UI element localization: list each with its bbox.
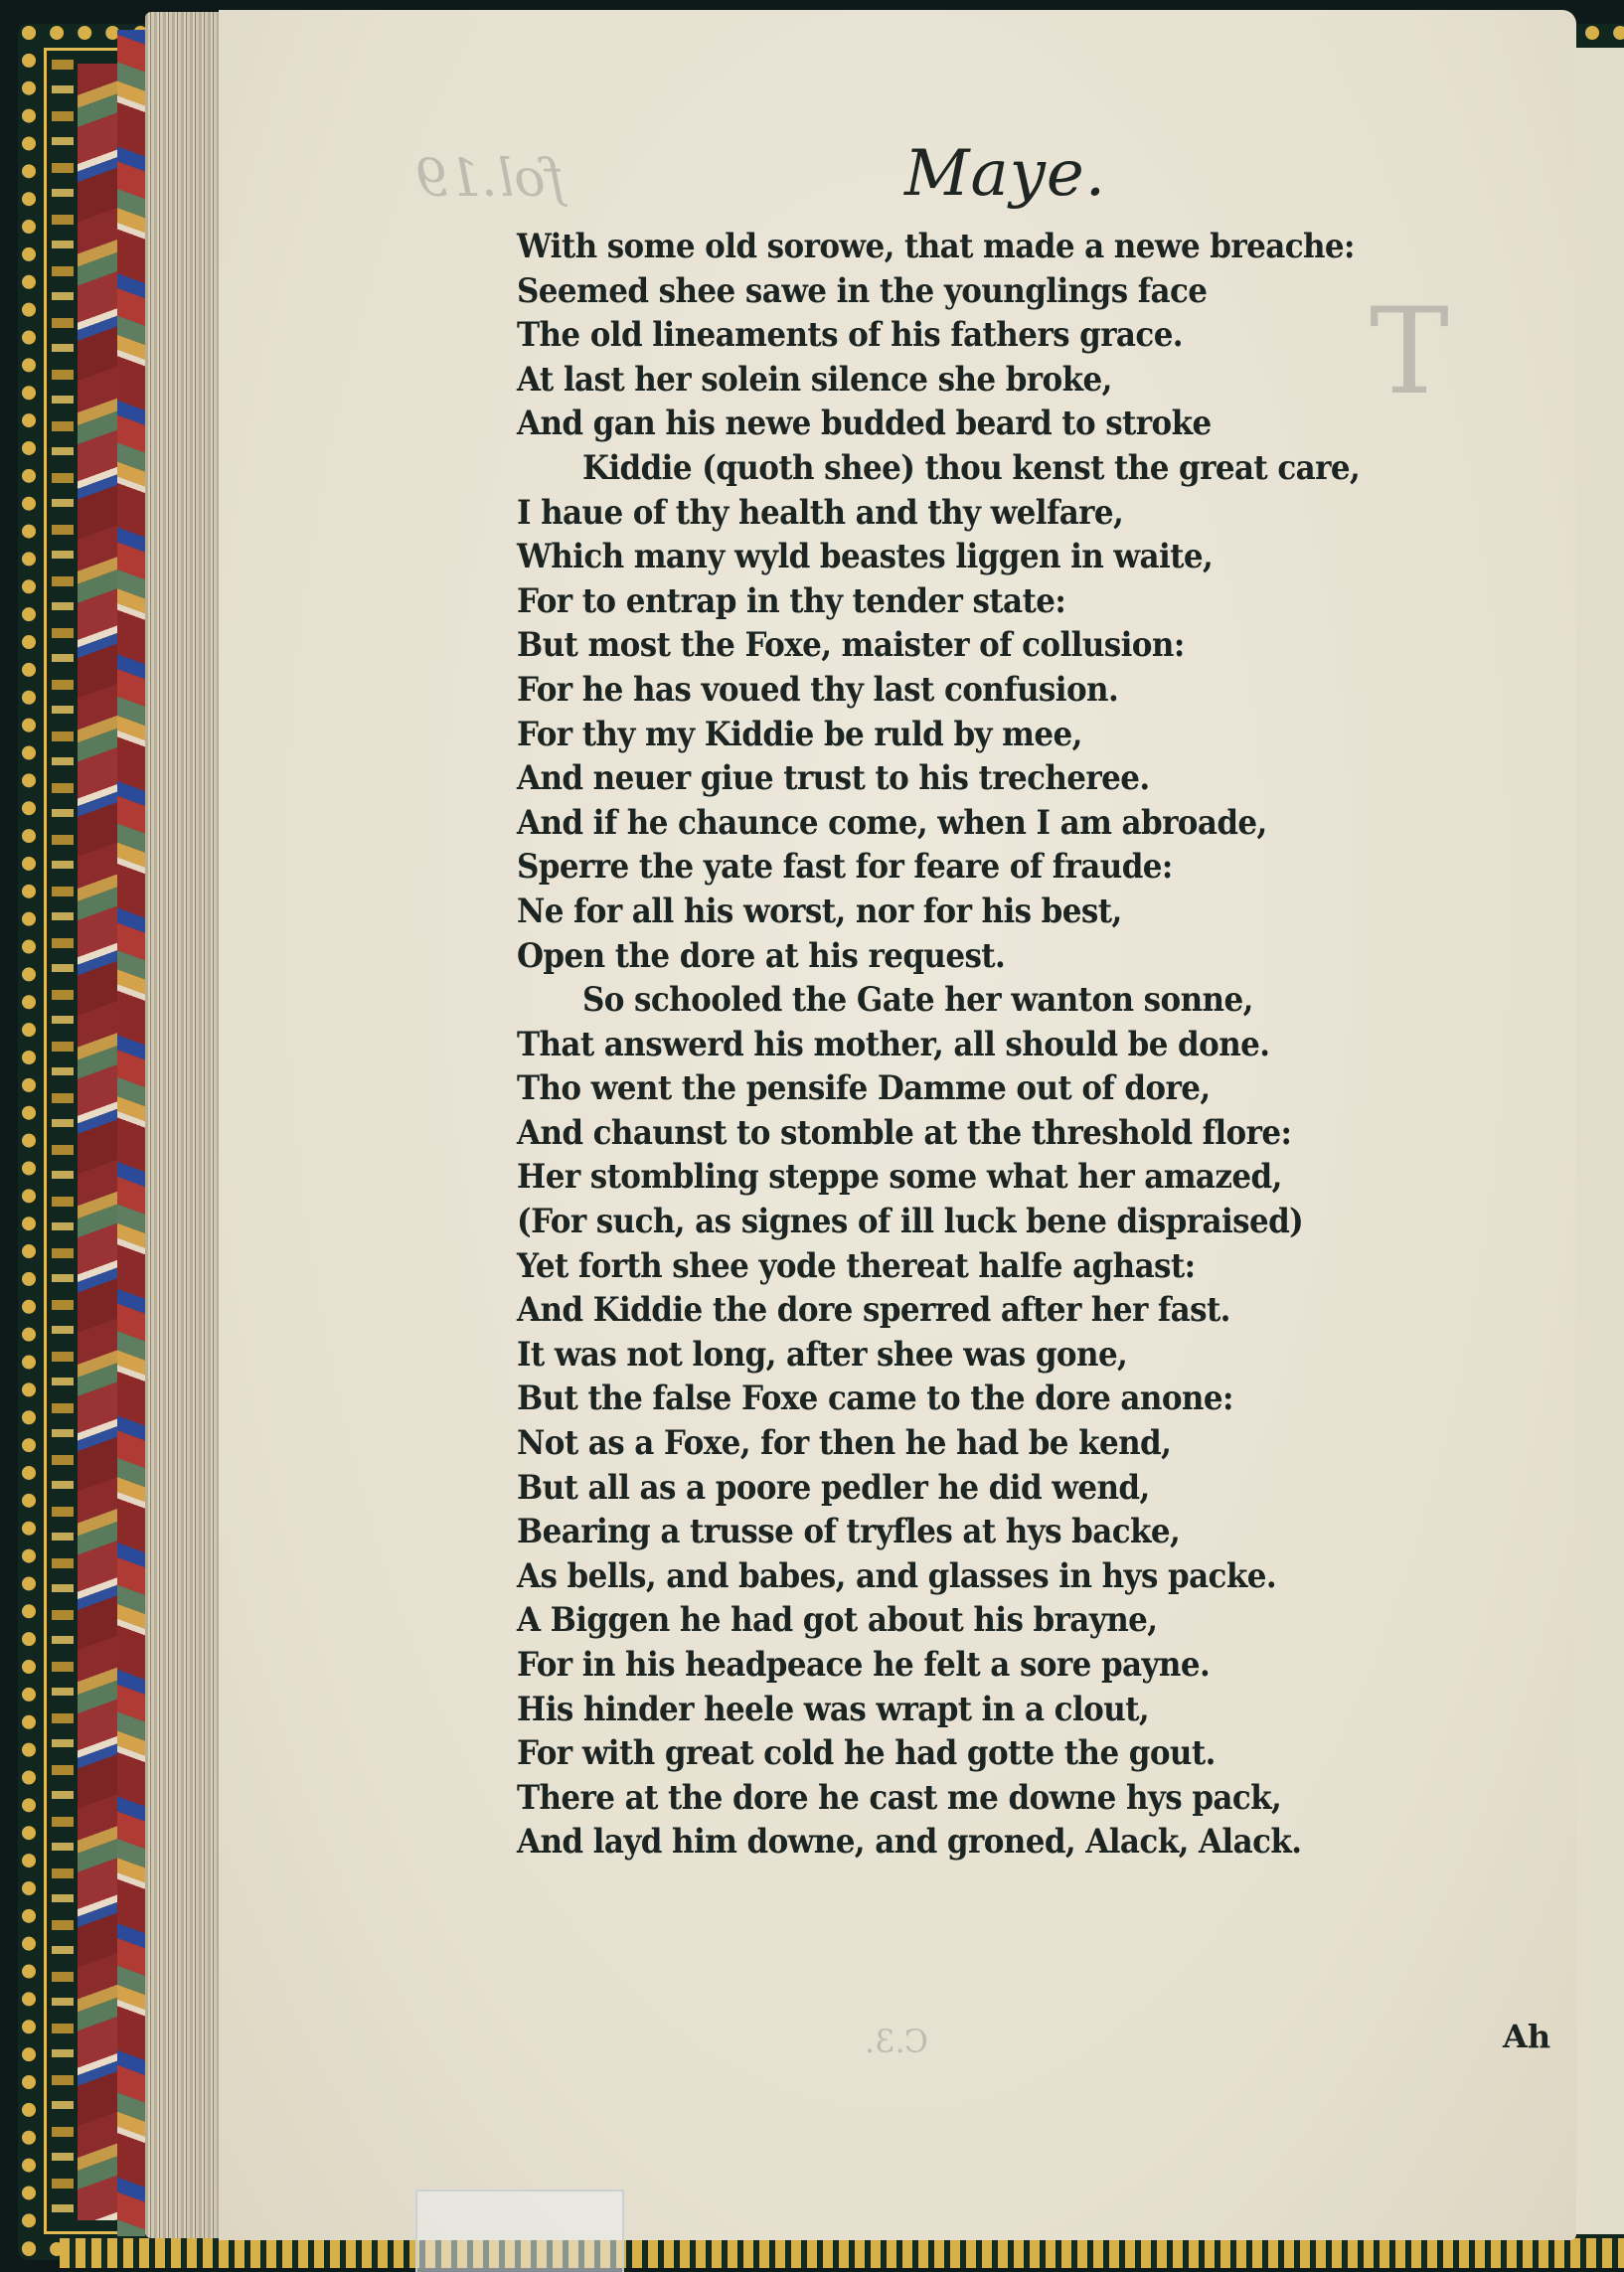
verse-line: Kiddie (quoth shee) thou kenst the great… [517, 444, 1360, 492]
running-head: Maye. [904, 137, 1106, 211]
verse-line: So schooled the Gate her wanton sonne, [517, 976, 1360, 1024]
verse-line: And layd him downe, and groned, Alack, A… [517, 1819, 1360, 1866]
verse-line: That answerd his mother, all should be d… [517, 1021, 1360, 1068]
gilt-floral-vine [52, 60, 74, 2226]
verse-line: But all as a poore pedler he did wend, [517, 1464, 1360, 1512]
gilt-border-bottom [60, 2238, 1624, 2268]
verse-line: Not as a Foxe, for then he had be kend, [517, 1419, 1360, 1467]
verse-line: (For such, as signes of ill luck bene di… [517, 1198, 1360, 1245]
verse-line: And chaunst to stomble at the threshold … [517, 1109, 1360, 1157]
verse-line: For with great cold he had gotte the gou… [517, 1729, 1360, 1777]
show-through-initial: T [1370, 283, 1449, 421]
verse-line: His hinder heele was wrapt in a clout, [517, 1686, 1360, 1733]
verse-line: There at the dore he cast me downe hys p… [517, 1774, 1360, 1822]
verse-line: And Kiddie the dore sperred after her fa… [517, 1286, 1360, 1334]
poem-text-block: With some old sorowe, that made a newe b… [517, 225, 1360, 1865]
show-through-folio: fol.19 [415, 149, 565, 209]
verse-line: I haue of thy health and thy welfare, [517, 489, 1360, 537]
verse-line: With some old sorowe, that made a newe b… [517, 223, 1360, 270]
verse-line: Her stombling steppe some what her amaze… [517, 1154, 1360, 1202]
verse-line: And neuer giue trust to his trecheree. [517, 754, 1360, 802]
verse-line: And gan his newe budded beard to stroke [517, 401, 1360, 448]
verse-line: Sperre the yate fast for feare of fraude… [517, 844, 1360, 892]
verse-line: But the false Foxe came to the dore anon… [517, 1376, 1360, 1423]
page-block-edges [145, 12, 225, 2238]
verse-line: Ne for all his worst, nor for his best, [517, 888, 1360, 935]
marbled-pastedown [117, 30, 145, 2236]
verse-line: But most the Foxe, maister of collusion: [517, 622, 1360, 670]
page-holder-clip [415, 2190, 624, 2272]
show-through-signature: C.3. [865, 2023, 928, 2060]
verse-line: Yet forth shee yode thereat halfe aghast… [517, 1242, 1360, 1290]
verse-line: For thy my Kiddie be ruld by mee, [517, 711, 1360, 758]
verse-line: For he has voued thy last confusion. [517, 666, 1360, 714]
verse-line: At last her solein silence she broke, [517, 356, 1360, 404]
verse-line: Seemed shee sawe in the younglings face [517, 267, 1360, 315]
verse-line: Tho went the pensife Damme out of dore, [517, 1064, 1360, 1112]
catchword: Ah [1503, 2018, 1550, 2055]
verse-line: For in his headpeace he felt a sore payn… [517, 1641, 1360, 1689]
verse-line: And if he chaunce come, when I am abroad… [517, 799, 1360, 847]
verse-line: As bells, and babes, and glasses in hys … [517, 1552, 1360, 1600]
verse-line: It was not long, after shee was gone, [517, 1331, 1360, 1379]
facing-page-edge [1570, 48, 1624, 2234]
verse-line: Bearing a trusse of tryfles at hys backe… [517, 1508, 1360, 1555]
verse-line: A Biggen he had got about his brayne, [517, 1597, 1360, 1645]
verse-line: For to entrap in thy tender state: [517, 577, 1360, 625]
verse-line: Which many wyld beastes liggen in waite, [517, 533, 1360, 580]
verse-line: Open the dore at his request. [517, 932, 1360, 980]
verse-line: The old lineaments of his fathers grace. [517, 311, 1360, 359]
